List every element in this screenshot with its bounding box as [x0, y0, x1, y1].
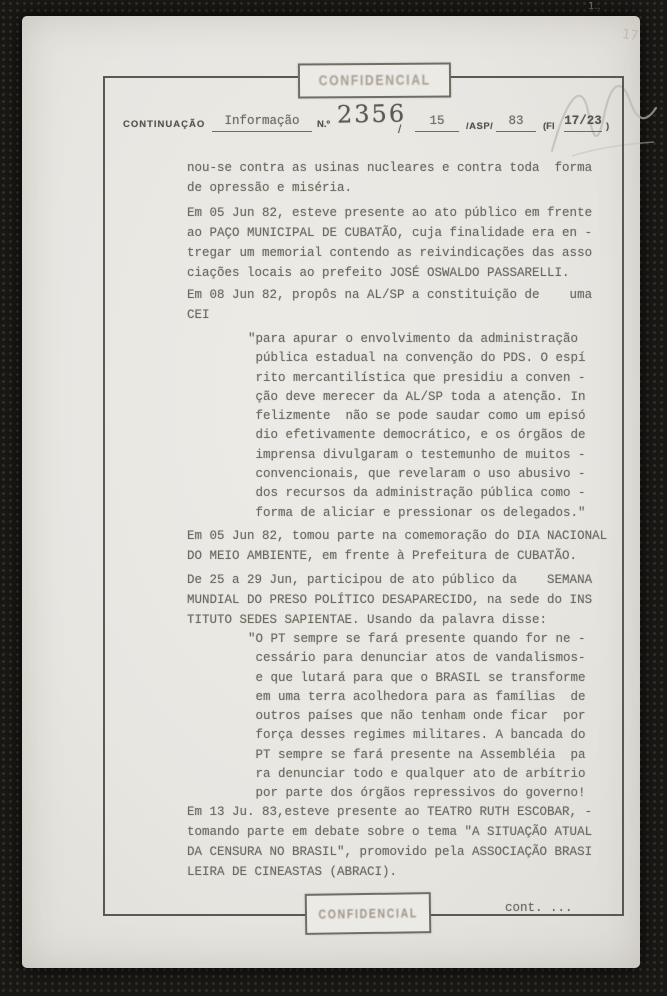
typed-paragraph: nou-se contra as usinas nucleares e cont… [187, 158, 592, 198]
typed-quote-block: "para apurar o envolvimento da administr… [248, 330, 586, 523]
confidential-stamp-bottom: CONFIDENCIAL [305, 892, 432, 935]
org-label: /ASP/ [466, 121, 493, 132]
continuation-label: CONTINUAÇÃO [123, 119, 205, 130]
typed-paragraph: Em 08 Jun 82, propôs na AL/SP a constitu… [187, 285, 592, 325]
confidential-stamp-text: CONFIDENCIAL [318, 906, 418, 921]
typed-paragraph: Em 13 Ju. 83,esteve presente ao TEATRO R… [187, 802, 592, 882]
document-number: 2356 [337, 99, 407, 128]
corner-pencil-mark: 17 [621, 27, 639, 44]
continuation-footer: cont. ... [505, 898, 573, 918]
year-field: 83 [496, 114, 536, 132]
folio-prefix: (Fl [543, 121, 555, 132]
typed-quote-block: "O PT sempre se fará presente quando for… [248, 630, 586, 804]
confidential-stamp-top: CONFIDENCIAL [298, 62, 451, 98]
serial-field: 15 [415, 114, 459, 132]
document-page: 17 CONTINUAÇÃO Informação N.º 2356 / 15 … [22, 16, 640, 968]
typed-paragraph: Em 05 Jun 82, tomou parte na comemoração… [187, 526, 607, 566]
confidential-stamp-text: CONFIDENCIAL [318, 72, 430, 89]
scanned-document-photo: 1.. 17 CONTINUAÇÃO Informação N.º 2356 /… [0, 0, 667, 996]
separator-slash: / [398, 122, 402, 136]
folio-suffix: ) [606, 121, 609, 132]
doc-type-field: Informação [212, 114, 312, 132]
folio-field: 17/23 [564, 114, 602, 132]
typed-paragraph: Em 05 Jun 82, esteve presente ao ato púb… [187, 203, 592, 283]
film-edge-mark: 1.. [588, 1, 601, 12]
typed-paragraph: De 25 a 29 Jun, participou de ato públic… [187, 570, 592, 630]
number-label: N.º [317, 119, 330, 130]
